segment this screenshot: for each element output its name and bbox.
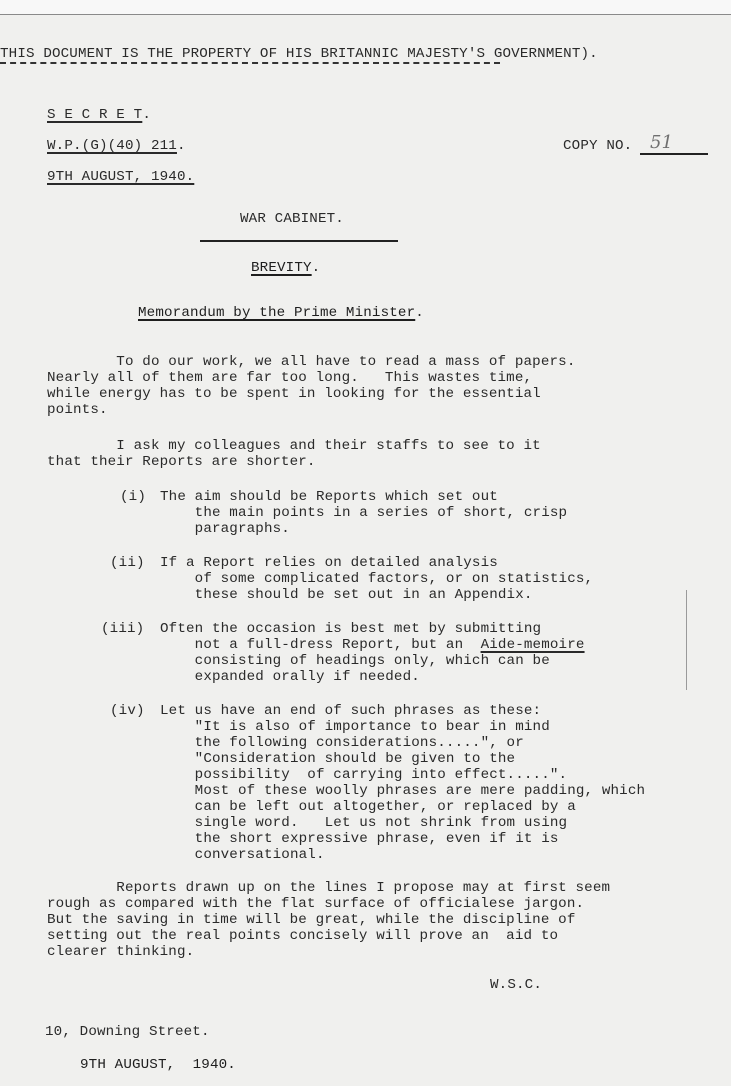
text-line: single word. Let us not shrink from usin…	[160, 815, 567, 831]
reference-number: W.P.(G)(40) 211.	[47, 138, 186, 154]
text-line: If a Report relies on detailed analysis	[160, 555, 498, 571]
text-line: But the saving in time will be great, wh…	[47, 912, 576, 928]
subject-heading: BREVITY.	[251, 260, 320, 276]
text-line: "It is also of importance to bear in min…	[160, 719, 550, 735]
text-line: that their Reports are shorter.	[47, 454, 316, 470]
text-line: can be left out altogether, or replaced …	[160, 799, 576, 815]
text-line: expanded orally if needed.	[160, 669, 420, 685]
text-line: the short expressive phrase, even if it …	[160, 831, 559, 847]
text-fragment: not a full-dress Report, but an	[160, 637, 481, 653]
classification-text: S E C R E T	[47, 107, 142, 123]
text-line: conversational.	[160, 847, 325, 863]
text-line: these should be set out in an Appendix.	[160, 587, 533, 603]
heading-rule	[200, 240, 398, 242]
copy-label: COPY NO.	[563, 138, 632, 154]
text-line: setting out the real points concisely wi…	[47, 928, 558, 944]
point-numeral: (iii)	[101, 621, 144, 637]
text-line: Reports drawn up on the lines I propose …	[47, 880, 610, 896]
text-line: the following considerations.....", or	[160, 735, 524, 751]
header-date: 9TH AUGUST, 1940.	[47, 169, 194, 185]
memorandum-subtitle: Memorandum by the Prime Minister.	[138, 305, 424, 321]
point-numeral: (iv)	[110, 703, 145, 719]
text-line: not a full-dress Report, but an Aide-mem…	[160, 637, 585, 653]
point-numeral: (ii)	[110, 555, 145, 571]
property-notice: THIS DOCUMENT IS THE PROPERTY OF HIS BRI…	[0, 46, 598, 62]
text-line: the main points in a series of short, cr…	[160, 505, 567, 521]
text-line: "Consideration should be given to the	[160, 751, 515, 767]
text-line: rough as compared with the flat surface …	[47, 896, 584, 912]
footer-date: 9TH AUGUST, 1940.	[80, 1057, 236, 1073]
text-line: I ask my colleagues and their staffs to …	[47, 438, 541, 454]
margin-mark	[686, 590, 687, 690]
top-strip	[0, 0, 731, 15]
reference-text: W.P.(G)(40) 211	[47, 138, 177, 154]
text-line: The aim should be Reports which set out	[160, 489, 498, 505]
text-line: Often the occasion is best met by submit…	[160, 621, 541, 637]
classification: S E C R E T.	[47, 107, 151, 123]
text-line: clearer thinking.	[47, 944, 194, 960]
text-line: while energy has to be spent in looking …	[47, 386, 541, 402]
aide-memoire-term: Aide-memoire	[481, 637, 585, 653]
copy-number-line	[640, 153, 708, 155]
text-line: points.	[47, 402, 108, 418]
text-line: Let us have an end of such phrases as th…	[160, 703, 541, 719]
war-cabinet-heading: WAR CABINET.	[240, 211, 344, 227]
text-line: Nearly all of them are far too long. Thi…	[47, 370, 532, 386]
text-line: paragraphs.	[160, 521, 290, 537]
text-line: possibility of carrying into effect.....…	[160, 767, 567, 783]
subtitle-text: Memorandum by the Prime Minister	[138, 305, 415, 321]
copy-number: 51	[650, 132, 673, 153]
footer-address: 10, Downing Street.	[45, 1024, 210, 1040]
subject-text: BREVITY	[251, 260, 312, 276]
text-line: To do our work, we all have to read a ma…	[47, 354, 576, 370]
signature: W.S.C.	[490, 977, 542, 993]
point-numeral: (i)	[120, 489, 146, 505]
text-line: Most of these woolly phrases are mere pa…	[160, 783, 645, 799]
dashed-divider	[0, 62, 500, 64]
text-line: of some complicated factors, or on stati…	[160, 571, 593, 587]
text-line: consisting of headings only, which can b…	[160, 653, 550, 669]
